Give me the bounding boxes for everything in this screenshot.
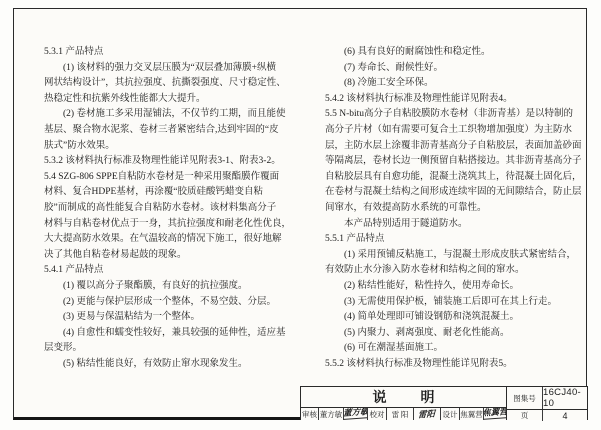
text-line: 高分子片材（如有需要可复合土工织物增加强度）为主防水 xyxy=(325,123,598,139)
text-line: 决了其他自粘卷材易起鼓的现象。 xyxy=(44,248,318,264)
text-line: 热稳定性和抗紫外线性能都大大提升。 xyxy=(44,92,318,108)
text-line: (2) 卷材施工多采用湿铺法，不仅节约工期，而且能使 xyxy=(44,107,318,123)
text-line: 层变形。 xyxy=(44,341,318,357)
text-line: 材料、复合HDPE基材，再涂覆“胶质硅酸钙蜡变自粘 xyxy=(44,185,318,201)
text-line: (1) 该材料的强力交叉层压膜为“双层叠加薄膜+纵横 xyxy=(44,61,318,77)
text-line: (6) 可在潮湿基面施工。 xyxy=(325,341,598,357)
text-line: 网状结构设计”，其抗拉强度、抗撕裂强度、尺寸稳定性、 xyxy=(44,76,318,92)
check-signature-text: 雷阳 xyxy=(418,408,435,420)
title-block-right: 图集号 16CJ40-10 页 4 xyxy=(507,387,587,420)
text-line: 层，主防水层上涂覆非沥青基高分子自粘胶层，表面加盖砂面 xyxy=(325,139,598,155)
sheet-title: 说 明 xyxy=(301,387,506,408)
page-number-row: 页 4 xyxy=(507,410,587,421)
text-line: (6) 具有良好的耐腐蚀性和稳定性。 xyxy=(325,45,598,61)
text-line: (4) 自愈性和蠕变性较好，兼具较强的延伸性，适应基 xyxy=(44,326,318,342)
text-line: 5.5.1 产品特点 xyxy=(325,232,598,248)
review-label: 审核 xyxy=(301,408,319,420)
text-line: 5.3.2 该材料执行标准及物理性能详见附表3-1、附表3-2。 xyxy=(44,154,318,170)
atlas-number-label: 图集号 xyxy=(507,387,543,409)
text-line: (2) 更能与保护层形成一个整体，不易空鼓、分层。 xyxy=(44,295,318,311)
text-line: (8) 冷施工安全环保。 xyxy=(325,76,598,92)
signature-row: 审核 董方敏 董方敏 校对 雷 阳 雷阳 设计 焦翼营 焦翼营 xyxy=(301,408,506,420)
text-line: 自粘胶层具有自愈功能，混凝土浇筑其上，待混凝土固化后， xyxy=(325,170,598,186)
text-line: 本产品特别适用于隧道防水。 xyxy=(325,217,598,233)
atlas-number-row: 图集号 16CJ40-10 xyxy=(507,387,587,410)
title-block: 说 明 审核 董方敏 董方敏 校对 雷 阳 雷阳 设计 焦翼营 焦翼营 图集号 … xyxy=(300,386,588,420)
text-line: 胶”而制成的高性能复合自粘防水卷材。该材料集高分子 xyxy=(44,201,318,217)
text-line: (4) 简单处理即可铺设钢筋和浇筑混凝土。 xyxy=(325,310,598,326)
text-line: (3) 无需使用保护板，铺装施工后即可在其上行走。 xyxy=(325,295,598,311)
design-name: 焦翼营 xyxy=(460,408,484,420)
text-line: 肤式”防水效果。 xyxy=(44,139,318,155)
text-line: (7) 寿命长、耐候性好。 xyxy=(325,61,598,77)
text-line: 大大提高防水效果。在气温较高的情况下施工，很好地解 xyxy=(44,232,318,248)
text-line: 材料与自粘卷材优点于一身，其抗拉强度和耐老化性优良， xyxy=(44,217,318,233)
text-line: 5.4.1 产品特点 xyxy=(44,263,318,279)
text-line: 间窜水，有效提高防水系统的可靠性。 xyxy=(325,201,598,217)
title-block-left: 说 明 审核 董方敏 董方敏 校对 雷 阳 雷阳 设计 焦翼营 焦翼营 xyxy=(301,387,507,420)
text-line: (3) 更易与保温粘结为一个整体。 xyxy=(44,310,318,326)
text-line: (5) 内聚力、剥离强度、耐老化性能高。 xyxy=(325,326,598,342)
page-number-label: 页 xyxy=(507,410,543,421)
text-line: (1) 覆以高分子聚酯膜，有良好的抗拉强度。 xyxy=(44,279,318,295)
text-line: 有效防止水分渗入防水卷材和结构之间的窜水。 xyxy=(325,263,598,279)
review-name: 董方敏 xyxy=(319,408,344,420)
text-line: 5.5.2 该材料执行标准及物理性能详见附表5。 xyxy=(325,357,598,373)
page-number-value: 4 xyxy=(543,410,587,421)
design-signature-text: 焦翼营 xyxy=(484,408,506,420)
atlas-number-value: 16CJ40-10 xyxy=(543,387,587,409)
text-line: 等隔离层，卷材长边一侧预留自粘搭接边。其非沥青基高分子 xyxy=(325,154,598,170)
check-signature: 雷阳 xyxy=(414,408,441,420)
design-label: 设计 xyxy=(441,408,460,420)
text-line: 在卷材与混凝土结构之间形成连续牢固的无间隙结合，防止层 xyxy=(325,185,598,201)
text-line: (1) 采用预铺反粘施工，与混凝土形成皮肤式紧密结合， xyxy=(325,248,598,264)
text-line: 5.4 SZG-806 SPPE自粘防水卷材是一种采用聚酯膜作覆面 xyxy=(44,170,318,186)
review-signature: 董方敏 xyxy=(344,408,368,420)
check-label: 校对 xyxy=(368,408,387,420)
text-line: 5.3.1 产品特点 xyxy=(44,45,318,61)
page-frame: 5.3.1 产品特点 (1) 该材料的强力交叉层压膜为“双层叠加薄膜+纵横网状结… xyxy=(13,8,587,420)
text-line: (2) 粘结性能好，粘性持久，使用寿命长。 xyxy=(325,279,598,295)
check-name: 雷 阳 xyxy=(387,408,414,420)
review-signature-text: 董方敏 xyxy=(344,408,368,420)
text-line: 基层、聚合物水泥浆、卷材三者紧密结合,达到牢固的“皮 xyxy=(44,123,318,139)
text-column-right: (6) 具有良好的耐腐蚀性和稳定性。 (7) 寿命长、耐候性好。 (8) 冷施工… xyxy=(325,45,598,372)
text-column-left: 5.3.1 产品特点 (1) 该材料的强力交叉层压膜为“双层叠加薄膜+纵横网状结… xyxy=(44,45,318,372)
text-line: (5) 粘结性能良好，有效防止窜水现象发生。 xyxy=(44,357,318,373)
text-line: 5.5 N-bitu高分子自粘胶膜防水卷材（非沥青基）是以特制的 xyxy=(325,107,598,123)
design-signature: 焦翼营 xyxy=(484,408,506,420)
text-line: 5.4.2 该材料执行标准及物理性能详见附表4。 xyxy=(325,92,598,108)
